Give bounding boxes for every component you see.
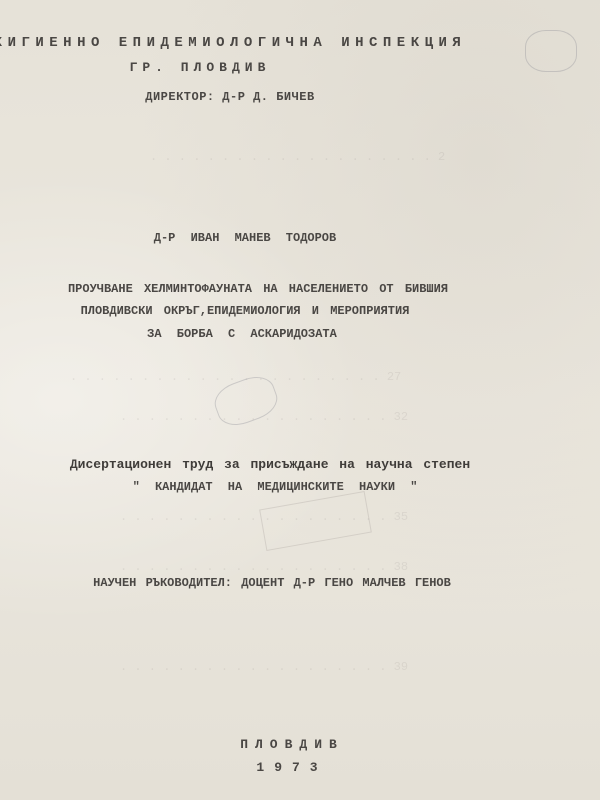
footer-year: 1973: [0, 760, 592, 775]
faded-stamp: [259, 491, 372, 551]
director-line: ДИРЕКТОР: Д-Р Д. БИЧЕВ: [0, 90, 530, 104]
footer-city: ПЛОВДИВ: [0, 737, 592, 752]
pencil-annotation: [525, 30, 577, 72]
degree-name: " КАНДИДАТ НА МЕДИЦИНСКИТЕ НАУКИ ": [0, 480, 575, 494]
author-name: Д-Р ИВАН МАНЕВ ТОДОРОВ: [0, 231, 545, 245]
scientific-supervisor: НАУЧЕН РЪКОВОДИТЕЛ: ДОЦЕНТ Д-Р ГЕНО МАЛЧ…: [0, 576, 572, 590]
dissertation-title-line-3: ЗА БОРБА С АСКАРИДОЗАТА: [0, 327, 542, 341]
institution-heading: ХИГИЕННО ЕПИДЕМИОЛОГИЧНА ИНСПЕКЦИЯ: [0, 35, 530, 51]
dissertation-note: Дисертационен труд за присъждане на науч…: [0, 457, 570, 472]
scanned-page: . . . . . . . . . . . . . . . . . . . . …: [0, 0, 600, 800]
dissertation-title-line-1: ПРОУЧВАНЕ ХЕЛМИНТОФАУНАТА НА НАСЕЛЕНИЕТО…: [0, 282, 558, 296]
institution-city: ГР. ПЛОВДИВ: [0, 60, 500, 75]
dissertation-title-line-2: ПЛОВДИВСКИ ОКРЪГ,ЕПИДЕМИОЛОГИЯ И МЕРОПРИ…: [0, 304, 545, 318]
bleed-through-text: . . . . . . . . . . . . . . . . . . . 39: [120, 660, 408, 674]
bleed-through-text: . . . . . . . . . . . . . . . . . . . 38: [120, 560, 408, 574]
bleed-through-text: . . . . . . . . . . . . . . . . . . . . …: [150, 150, 445, 164]
